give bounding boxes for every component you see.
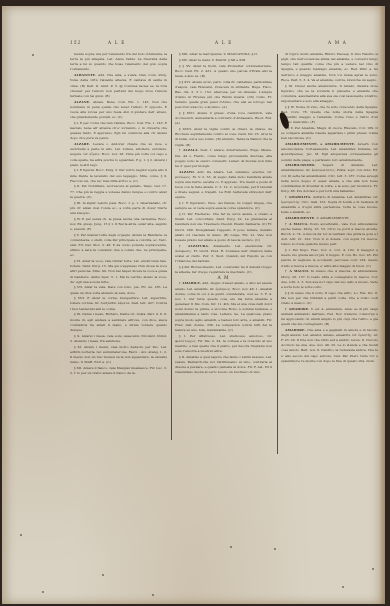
paper-speck bbox=[102, 574, 104, 576]
entry-subsense: § III. Dicesi anche amarionnte. Il Amabi… bbox=[281, 84, 378, 105]
entry-subsense: § I. E per. Colui che tien l'altare. Boc… bbox=[70, 121, 167, 142]
entry-text: § III. In signif. neutro pass. Bocc. 1. … bbox=[70, 201, 167, 215]
entry-subsense: § I. E figurativo. Dice. dei Pensie. In … bbox=[175, 201, 272, 211]
entry-text: § § XVI. Alzare erolo, parn. colla fil. … bbox=[175, 80, 272, 110]
entry-subsense: § VII. Alzar la vela. Dare con tono. pie… bbox=[70, 285, 167, 295]
entry-text: § § Per Ricrescimento. Lat. constudar. S… bbox=[175, 265, 272, 274]
headword: AMABILISSIMO. bbox=[285, 163, 316, 167]
entry-subsense: § X. Alzarsi i mesa, vale sono Assecarsi… bbox=[70, 334, 167, 344]
entry-text: § § XV. Alzar la fuchi, vale Prometter c… bbox=[175, 64, 272, 78]
dictionary-entry: ALZARE. Levare o Andorar chiede che su l… bbox=[70, 142, 167, 168]
dictionary-page: 152 A L E A L E A M A mente sopra; ma pe… bbox=[2, 6, 385, 604]
entry-text: § II. Per Nobilitare, Accrescere al para… bbox=[70, 184, 167, 198]
paper-speck bbox=[230, 546, 232, 548]
entry-text: di Cyprv, molto amabile. Rinuti. Pieceep… bbox=[281, 52, 378, 82]
entry-text: § X. Alzarsi i mesa, vale sono Assecarsi… bbox=[70, 334, 167, 343]
page-number: 152 bbox=[70, 40, 82, 45]
entry-text: § § V. Per Amabile. Magn. di cuore. Rile… bbox=[281, 126, 378, 140]
scan-background: 152 A L E A L E A M A mente sopra; ma pe… bbox=[0, 0, 390, 606]
paper-speck bbox=[372, 568, 374, 570]
entry-text: § V. Per inalzar tutte degli orgagni. Al… bbox=[70, 233, 167, 258]
entry-subsense: § III. In signif. neutro pass. Bocc. 1. … bbox=[70, 201, 167, 216]
entry-text: § I. E per. Colui che tien l'altare. Boc… bbox=[70, 121, 167, 140]
entry-subsense: § I. Per Affettuoso. Lat. studiosus, amo… bbox=[175, 334, 272, 355]
entry-text: § III. Dicesi anche amarionnte. Il Amabi… bbox=[281, 84, 378, 103]
entry-text: § I. E figurat. Bocc. Purg. 2. Per voitt… bbox=[70, 168, 167, 182]
dictionary-entry: AMABILISSIMO. Superl. di Amabile. Lat. a… bbox=[281, 163, 378, 194]
running-head-right: A M A bbox=[328, 40, 347, 45]
headword: ALZATO. bbox=[179, 170, 195, 174]
paper-speck bbox=[342, 586, 344, 588]
paper-speck bbox=[20, 534, 22, 536]
entry-subsense: § XII. Alzare il fianco, vale Mangiar in… bbox=[70, 366, 167, 376]
dictionary-entry: † ALZALA. Sust. f. Alzare, Atterramento.… bbox=[175, 148, 272, 169]
dictionary-entry: ALBANNTE. Add. Che alza, e s'alza. Dan. … bbox=[70, 73, 167, 99]
headword: † A MACCA. bbox=[285, 222, 309, 226]
entry-text: § § XVII. Alzare il grasso d'una voce ca… bbox=[175, 111, 272, 125]
entry-text: § XII. Alzare il fianco, vale Mangiar in… bbox=[70, 366, 167, 375]
entry-text: Che ama e a gagliarli in amore e in lavo… bbox=[281, 328, 378, 363]
entry-text: § § IV. Nome di vino, che fu scilo cresc… bbox=[281, 105, 378, 124]
entry-text: § I. Per Affettuoso. Lat. studiosus, amo… bbox=[175, 334, 272, 353]
entry-text: § II. Amabile a quel sapore che fanno i … bbox=[175, 355, 272, 374]
entry-text: § VIII. E Alzar le corna, Insuperbire. L… bbox=[70, 296, 167, 310]
dictionary-entry: ALZANE. Alzare. Bene. Coll. Fin. 1. 145.… bbox=[70, 100, 167, 121]
headword: † AMABILITÀ. bbox=[285, 195, 312, 199]
entry-text: Add. Degno d'esser amato, e Atto ad esse… bbox=[175, 281, 272, 331]
headword: ALZARE. bbox=[74, 142, 90, 146]
entry-subsense: di Cyprv, molto amabile. Rinuti. Pieceep… bbox=[281, 52, 378, 83]
entry-subsense: mente sopra; ma per l'elemento fra del b… bbox=[70, 52, 167, 73]
dictionary-entry: † AMABILITÀ. Astratto di Amabile. Lat. a… bbox=[281, 195, 378, 216]
entry-text: Superl. di Amabile. Lat. amabilissimus. … bbox=[281, 163, 378, 193]
dictionary-entry: † ALZATURA. Alzamento. Lat. elevationis.… bbox=[175, 244, 272, 265]
entry-text: § § In senso che il scito, Il capo che a… bbox=[281, 291, 378, 305]
headword: ALBANNTE. bbox=[74, 73, 96, 77]
headword: AMABILMENTE. bbox=[285, 216, 315, 220]
running-head-left: A L E bbox=[108, 40, 126, 45]
entry-text: § I. Per Dopo. Fiac. Cor. 2. 112. 4. 102… bbox=[281, 248, 378, 267]
entry-text: § XIII. Alzar le marcipienie. V. MANCATO… bbox=[179, 52, 258, 56]
headword: † AMADORE. bbox=[285, 307, 309, 311]
entry-text: § XI. Alzare i mezzi, vale molto dedacre… bbox=[70, 345, 167, 364]
dictionary-entry: AMABILEMENTE, e AMABILMENTE. Avverb. Con… bbox=[281, 142, 378, 163]
entry-subsense: § § V. Per Amabile. Magn. di cuore. Rile… bbox=[281, 126, 378, 141]
entry-text: § II. Per Fiecherso. Che far la cerce al… bbox=[175, 212, 272, 242]
dictionary-entry: ALZATO. Add. Da Alzare. Lat. sublatus, e… bbox=[175, 170, 272, 201]
entry-text: § IX. Dante i mesu, Bicharo, Dante cit. … bbox=[70, 312, 167, 331]
dictionary-entry: † AMABILE. Add. Degno d'esser amato, e A… bbox=[175, 281, 272, 333]
paper-speck bbox=[274, 548, 276, 550]
column-right: di Cyprv, molto amabile. Rinuti. Pieceep… bbox=[281, 52, 378, 452]
headword: ALZANE. bbox=[74, 100, 90, 104]
entry-text: § IV. E per senza ch. la presa anche una… bbox=[70, 217, 167, 231]
running-head: 152 A L E A L E A M A bbox=[70, 40, 382, 50]
entry-text: § XVIII. Alzar la vigila contro ai chiav… bbox=[175, 127, 272, 146]
entry-subsense: § § XVI. Alzare erolo, parn. colla fil. … bbox=[175, 80, 272, 111]
paper-speck bbox=[42, 591, 44, 593]
section-heading: A M bbox=[175, 276, 272, 281]
dictionary-entry: AMADORE. Che ama e a gagliarli in amore … bbox=[281, 328, 378, 364]
headword: AMADORE. bbox=[285, 328, 306, 332]
entry-subsense: § § XV. Alzar la fuchi, vale Prometter c… bbox=[175, 64, 272, 79]
headword: AMABILEMENTE, e AMABILMENTE. bbox=[285, 142, 355, 146]
column-left: mente sopra; ma per l'elemento fra del b… bbox=[70, 52, 167, 442]
entry-subsense: § V. Per inalzar tutte degli orgagni. Al… bbox=[70, 233, 167, 259]
entry-subsense: § II. Per Nobilitare, Accrescere al para… bbox=[70, 184, 167, 199]
entry-subsense: § VIII. E Alzar le corna, Insuperbire. L… bbox=[70, 296, 167, 311]
headword: † A MACCO. bbox=[285, 269, 309, 273]
entry-subsense: § XIII. Alzar le marcipienie. V. MANCATO… bbox=[175, 52, 272, 57]
entry-subsense: § XVIII. Alzar la vigila contro ai chiav… bbox=[175, 127, 272, 148]
entry-text: § VI. Alzar la voce, vale Gridar forte. … bbox=[70, 259, 167, 284]
headword: † AMABILE. bbox=[179, 281, 201, 285]
entry-subsense: § IV. E per senza ch. la presa anche una… bbox=[70, 217, 167, 232]
entry-subsense: § VI. Alzar la voce, vale Gridar forte. … bbox=[70, 259, 167, 285]
dictionary-entry: † AMADORE. V. ed. A. ammatere. Ama. se d… bbox=[281, 307, 378, 328]
dictionary-entry: AMABILMENTE. V. AMABILEMENTE. bbox=[281, 216, 378, 221]
paper-speck bbox=[152, 594, 154, 596]
dictionary-entry: † A MACCA. Posto avverbialm., vale Con a… bbox=[281, 222, 378, 248]
column-center: § XIII. Alzar le marcipienie. V. MANCATO… bbox=[175, 52, 272, 452]
entry-subsense: § § XVII. Alzare il grasso d'una voce ca… bbox=[175, 111, 272, 126]
running-head-center: A L E bbox=[215, 40, 233, 45]
entry-subsense: § XIV. Alzar le mani. V. MANO. § XII e X… bbox=[175, 58, 272, 63]
entry-text: Add. Da Alzare. Lat. sublatus, erectus. … bbox=[175, 170, 272, 200]
entry-text: § XIV. Alzar le mani. V. MANO. § XII e X… bbox=[179, 58, 246, 62]
entry-subsense: § I. E figurat. Bocc. Purg. 2. Per voitt… bbox=[70, 168, 167, 183]
entry-subsense: § IX. Dante i mesu, Bicharo, Dante cit. … bbox=[70, 312, 167, 333]
headword: † ALZALA. bbox=[179, 148, 199, 152]
paper-speck bbox=[32, 54, 34, 56]
entry-subsense: § II. Per Fiecherso. Che far la cerce al… bbox=[175, 212, 272, 243]
dictionary-entry: † A MACCO. In stesso che A maccia, in ab… bbox=[281, 269, 378, 290]
entry-subsense: § II. Amabile a quel sapore che fanno i … bbox=[175, 355, 272, 376]
entry-subsense: § I. Per Dopo. Fiac. Cor. 2. 112. 4. 102… bbox=[281, 248, 378, 269]
entry-subsense: § XI. Alzare i mezzi, vale molto dedacre… bbox=[70, 345, 167, 366]
entry-text: V. AMABILEMENTE. bbox=[316, 216, 349, 220]
entry-text: mente sopra; ma per l'elemento fra del b… bbox=[70, 52, 167, 71]
entry-subsense: § § In senso che il scito, Il capo che a… bbox=[281, 291, 378, 306]
entry-subsense: § § IV. Nome di vino, che fu scilo cresc… bbox=[281, 105, 378, 126]
headword: † ALZATURA. bbox=[179, 244, 209, 248]
entry-text: § I. E figurativo. Dice. dei Pensie. In … bbox=[175, 201, 272, 210]
text-columns: mente sopra; ma per l'elemento fra del b… bbox=[70, 52, 382, 452]
entry-text: § VII. Alzar la vela. Dare con tono. pie… bbox=[70, 285, 167, 294]
entry-subsense: § § Per Ricrescimento. Lat. constudar. S… bbox=[175, 265, 272, 275]
